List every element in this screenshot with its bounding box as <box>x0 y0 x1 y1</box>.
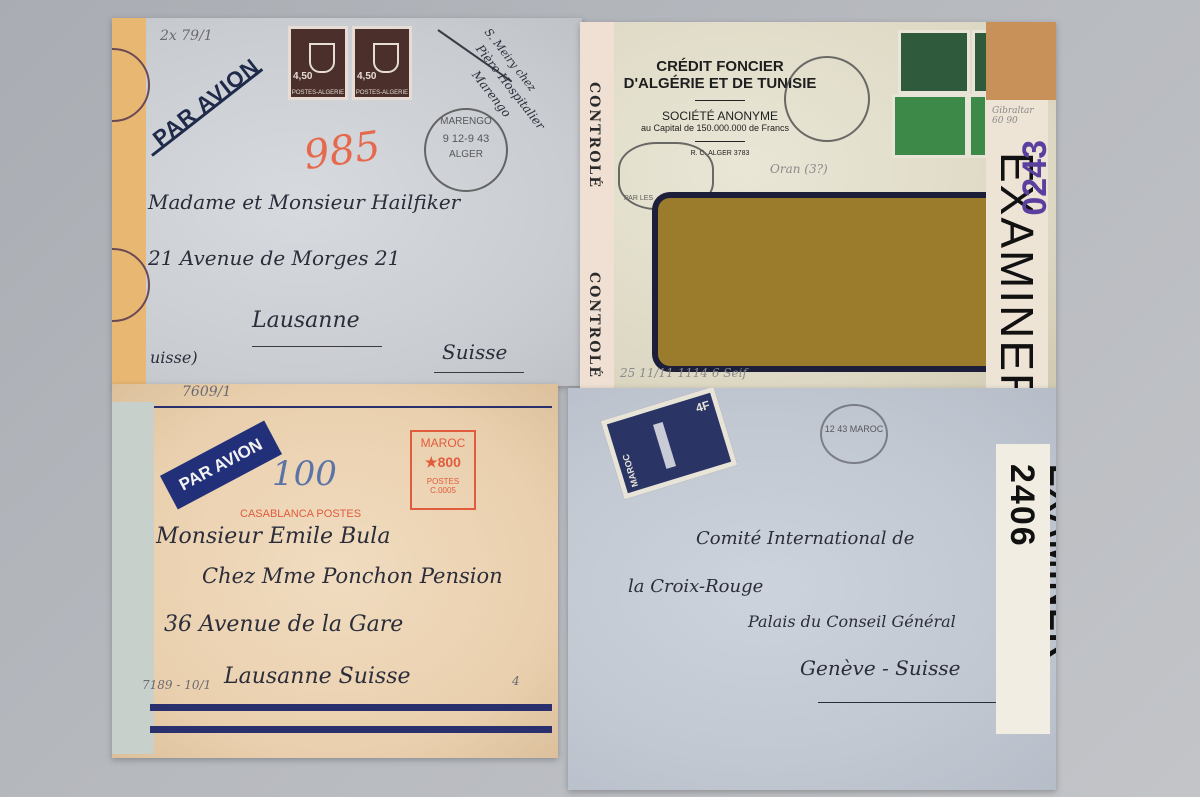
stamp: MAROC 4F <box>601 388 738 499</box>
handwritten-note: Oran (3?) <box>770 162 828 176</box>
small-number: 4 <box>512 674 520 688</box>
stamp: 4,50 POSTES-ALGERIE <box>352 26 412 100</box>
minaret-icon <box>653 422 676 469</box>
coat-of-arms-icon <box>373 43 399 73</box>
examiner-number: 0243 <box>1016 140 1055 216</box>
pencil-note: 7609/1 <box>182 384 231 400</box>
censor-label: CONTROLÉ <box>586 82 602 189</box>
address-line: Suisse <box>442 340 507 364</box>
airmail-underline <box>151 68 263 157</box>
underline <box>252 346 382 347</box>
border-line <box>154 406 552 408</box>
stamp <box>898 30 970 94</box>
slogan: CASABLANCA POSTES <box>240 508 361 520</box>
address-line: 21 Avenue de Morges 21 <box>148 246 400 270</box>
censor-label: CONTROLÉ <box>586 272 602 379</box>
address-line: la Croix-Rouge <box>628 576 763 597</box>
underline <box>434 372 524 373</box>
address-line: Comité International de <box>696 528 914 549</box>
address-line: Madame et Monsieur Hailfiker <box>148 190 460 214</box>
par-avion-label: PAR AVION <box>160 421 282 510</box>
address-line: Monsieur Emile Bula <box>156 524 390 549</box>
stripe <box>150 704 552 711</box>
partial-text: uisse) <box>150 348 198 367</box>
stripe <box>150 726 552 733</box>
blue-number: 100 <box>272 454 337 494</box>
pencil-ref: 7189 - 10/1 <box>142 678 211 692</box>
envelope-credit-foncier: CONTROLÉ CONTROLÉ CRÉDIT FONCIER D'ALGÉR… <box>580 22 1056 388</box>
address-line: Lausanne <box>252 308 360 333</box>
pencil-note: 2x 79/1 <box>160 28 213 44</box>
address-line: Lausanne Suisse <box>224 664 411 689</box>
stamp <box>968 94 988 158</box>
red-number: 985 <box>301 123 383 179</box>
postmark: MARENGO 9 12-9 43 ALGER <box>424 108 508 192</box>
postmark: 12 43 MAROC <box>820 404 888 464</box>
envelope-casablanca: 7609/1 PAR AVION 100 MAROC ★800 POSTES C… <box>112 384 558 758</box>
postage-meter: MAROC ★800 POSTES C.0005 <box>410 430 476 510</box>
censor-tape <box>112 402 154 754</box>
coat-of-arms-icon <box>309 43 335 73</box>
par-avion-label: PAR AVION <box>148 53 264 152</box>
address-line: Chez Mme Ponchon Pension <box>202 564 503 588</box>
address-line: 36 Avenue de la Gare <box>164 612 403 637</box>
censor-tape: EXAMINER 0243 Gibraltar 60 90 <box>986 100 1048 388</box>
handwritten-note: 25 11/11 1114 6 Seif <box>620 366 747 380</box>
censor-tape <box>986 22 1056 100</box>
underline <box>818 702 998 703</box>
address-line: Genève - Suisse <box>800 656 960 680</box>
address-line: Palais du Conseil Général <box>748 612 956 631</box>
address-window <box>652 192 998 372</box>
censor-tape: EXAMINER 2406 <box>996 444 1050 734</box>
postmark <box>784 56 870 142</box>
envelope-algeria-marengo: 2x 79/1 PAR AVION 4,50 POSTES-ALGERIE 4,… <box>112 18 582 386</box>
stamp: 4,50 POSTES-ALGERIE <box>288 26 348 100</box>
envelope-red-cross: MAROC 4F 12 43 MAROC Comité Internationa… <box>568 388 1056 790</box>
stamp <box>892 94 968 158</box>
